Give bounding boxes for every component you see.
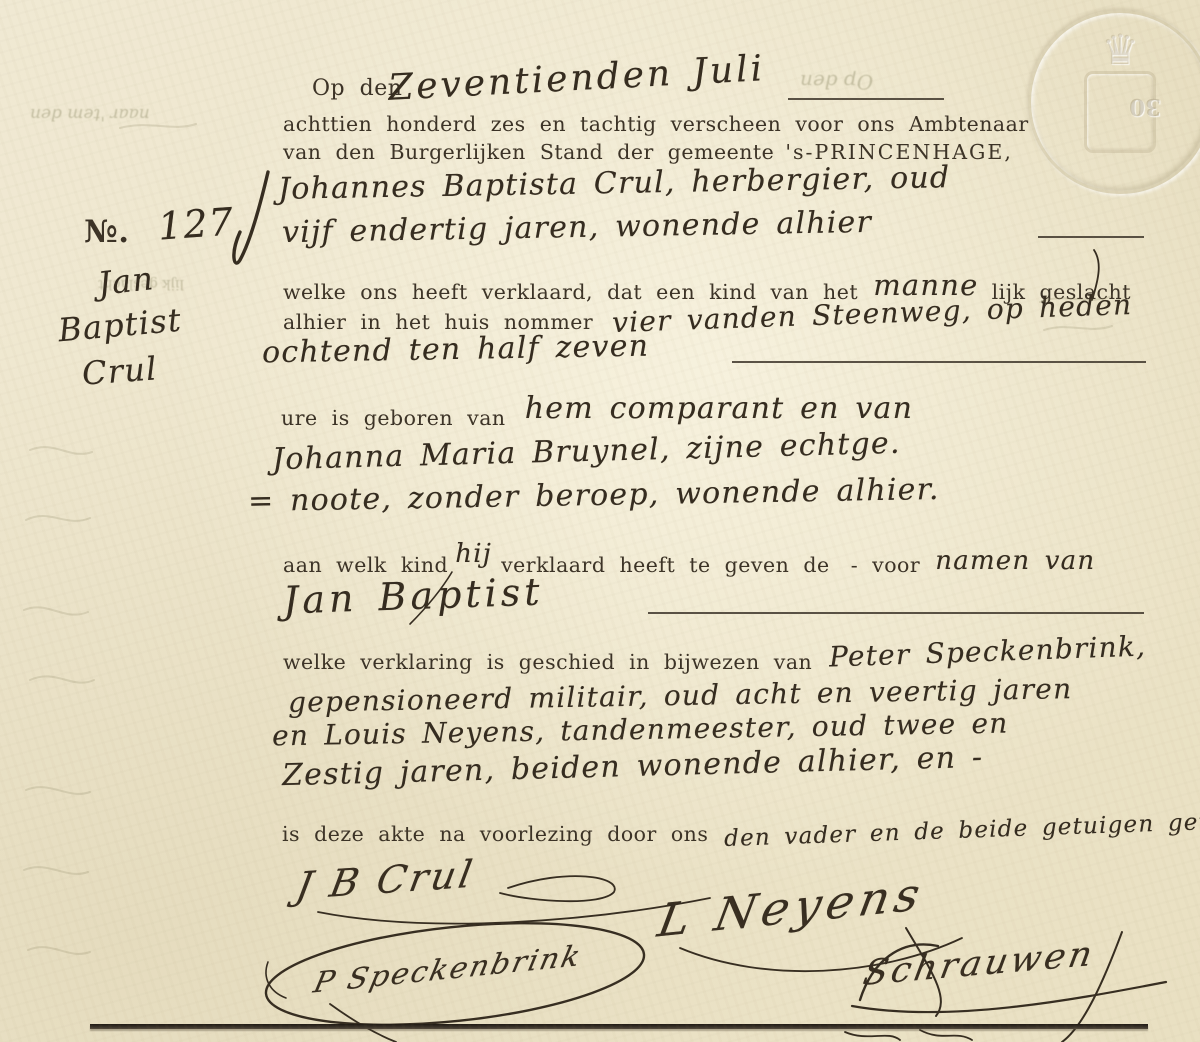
initial-flourish (234, 172, 268, 263)
handwritten-father-ref: hem comparant en van (525, 391, 913, 426)
form-line-witnesses: welke verklaring is geschied in bijwezen… (283, 650, 812, 674)
ruled-line (732, 361, 1146, 363)
bleedthrough-stroke (24, 787, 90, 874)
signature-flourish (266, 962, 286, 998)
form-line-voor: - voor (851, 553, 921, 577)
margin-child-name: Crul (81, 349, 159, 392)
seal-denomination: 30 (1129, 93, 1161, 120)
bleedthrough-stroke (28, 947, 90, 954)
number-label: №. (84, 214, 130, 250)
handwritten-namen-van: namen van (935, 546, 1095, 576)
section-divider-rule (90, 1024, 1148, 1029)
handwritten-witness1: Peter Speckenbrink, (829, 629, 1147, 673)
handwritten-date: Zeventienden Juli (387, 48, 766, 109)
birth-certificate-scan: ♛ 30 naar 'tem den Op den lijk geslacht … (0, 0, 1200, 1042)
handwritten-mother-cont: = noote, zonder beroep, wonende alhier. (248, 472, 940, 519)
bleedthrough-text: naar 'tem den (30, 104, 150, 124)
embossed-seal: ♛ 30 (1028, 10, 1200, 194)
ruled-line (648, 612, 1144, 614)
signature-witness1: P Speckenbrink (311, 939, 586, 1000)
signature-flourish (330, 1004, 396, 1042)
crown-icon: ♛ (1101, 25, 1139, 74)
handwritten-declarant-age: vijf endertig jaren, wonende alhier (282, 205, 873, 250)
signature-declarant: J B Crul (293, 852, 479, 908)
signature-registrar: Schrauwen (860, 934, 1098, 994)
margin-child-name: Jan (96, 259, 156, 303)
bleedthrough-stroke (120, 124, 196, 128)
form-line-born-of: ure is geboren van (281, 406, 506, 430)
handwritten-child-name: Jan Baptist (282, 569, 544, 622)
handwritten-birth-time: ochtend ten half zeven (262, 329, 650, 371)
handwritten-closing: den vader en de beide getuigen geteekend (723, 806, 1200, 852)
ruled-line (788, 98, 944, 100)
handwritten-declarant: Johannes Baptista Crul, herbergier, oud (278, 160, 951, 207)
handwritten-hij: hij (455, 539, 492, 569)
signature-flourish (500, 876, 615, 901)
next-act-strokes (845, 1030, 972, 1040)
bleedthrough-text: Op den (800, 70, 873, 94)
margin-child-name: Baptist (57, 301, 184, 350)
ruled-line (1038, 236, 1144, 238)
handwritten-mother-name: Johanna Maria Bruynel, zijne echtge. (272, 426, 901, 477)
bleedthrough-stroke (24, 607, 94, 682)
form-line-municipality-prefix: van den Burgerlijken Stand der gemeente (283, 140, 774, 164)
form-line-year: achttien honderd zes en tachtig verschee… (283, 112, 1029, 136)
signature-witness2: L Neyens (654, 867, 929, 948)
form-line-child-b: verklaard heeft te geven de (501, 553, 830, 577)
act-number: 127 (157, 199, 236, 248)
form-line-closing: is deze akte na voorlezing door ons (282, 822, 708, 846)
bleedthrough-stroke (26, 447, 92, 521)
